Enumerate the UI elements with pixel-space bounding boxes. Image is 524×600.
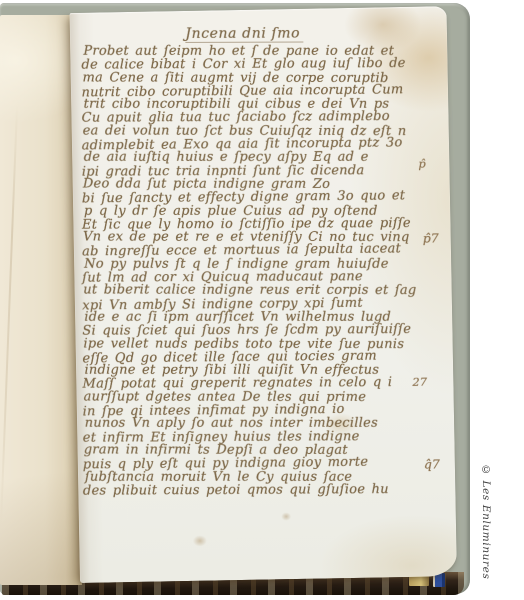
manuscript-line: nunos Vn aply ſo aut nos inter imbecille…	[85, 417, 435, 430]
margin-annotation-3: 27	[412, 375, 427, 389]
margin-annotation-2: p̂7	[423, 230, 439, 245]
margin-annotation-1: p̂	[418, 157, 426, 171]
manuscript-page: Jncena dni ſmo Probet aut ſeipm ho et ſ …	[70, 6, 457, 583]
manuscript-text-block: Jncena dni ſmo Probet aut ſeipm ho et ſ …	[81, 25, 435, 497]
page-crease	[0, 105, 18, 525]
manuscript-heading: Jncena dni ſmo	[185, 26, 303, 43]
facing-blank-page	[0, 15, 82, 585]
photo-background: Jncena dni ſmo Probet aut ſeipm ho et ſ …	[0, 0, 524, 600]
copyright-watermark: © Les Enluminures	[480, 464, 492, 596]
manuscript-lines: Probet aut ſeipm ho et ſ de pane io edat…	[81, 44, 435, 497]
manuscript-line: des plibuit cuius petoi qmos qui gſuſioe…	[83, 483, 435, 498]
margin-annotation-4: q̂7	[424, 456, 440, 471]
manuscript-line: de aia iuſtiq huius e ſpecy aſpy Eq ad e	[84, 151, 434, 164]
